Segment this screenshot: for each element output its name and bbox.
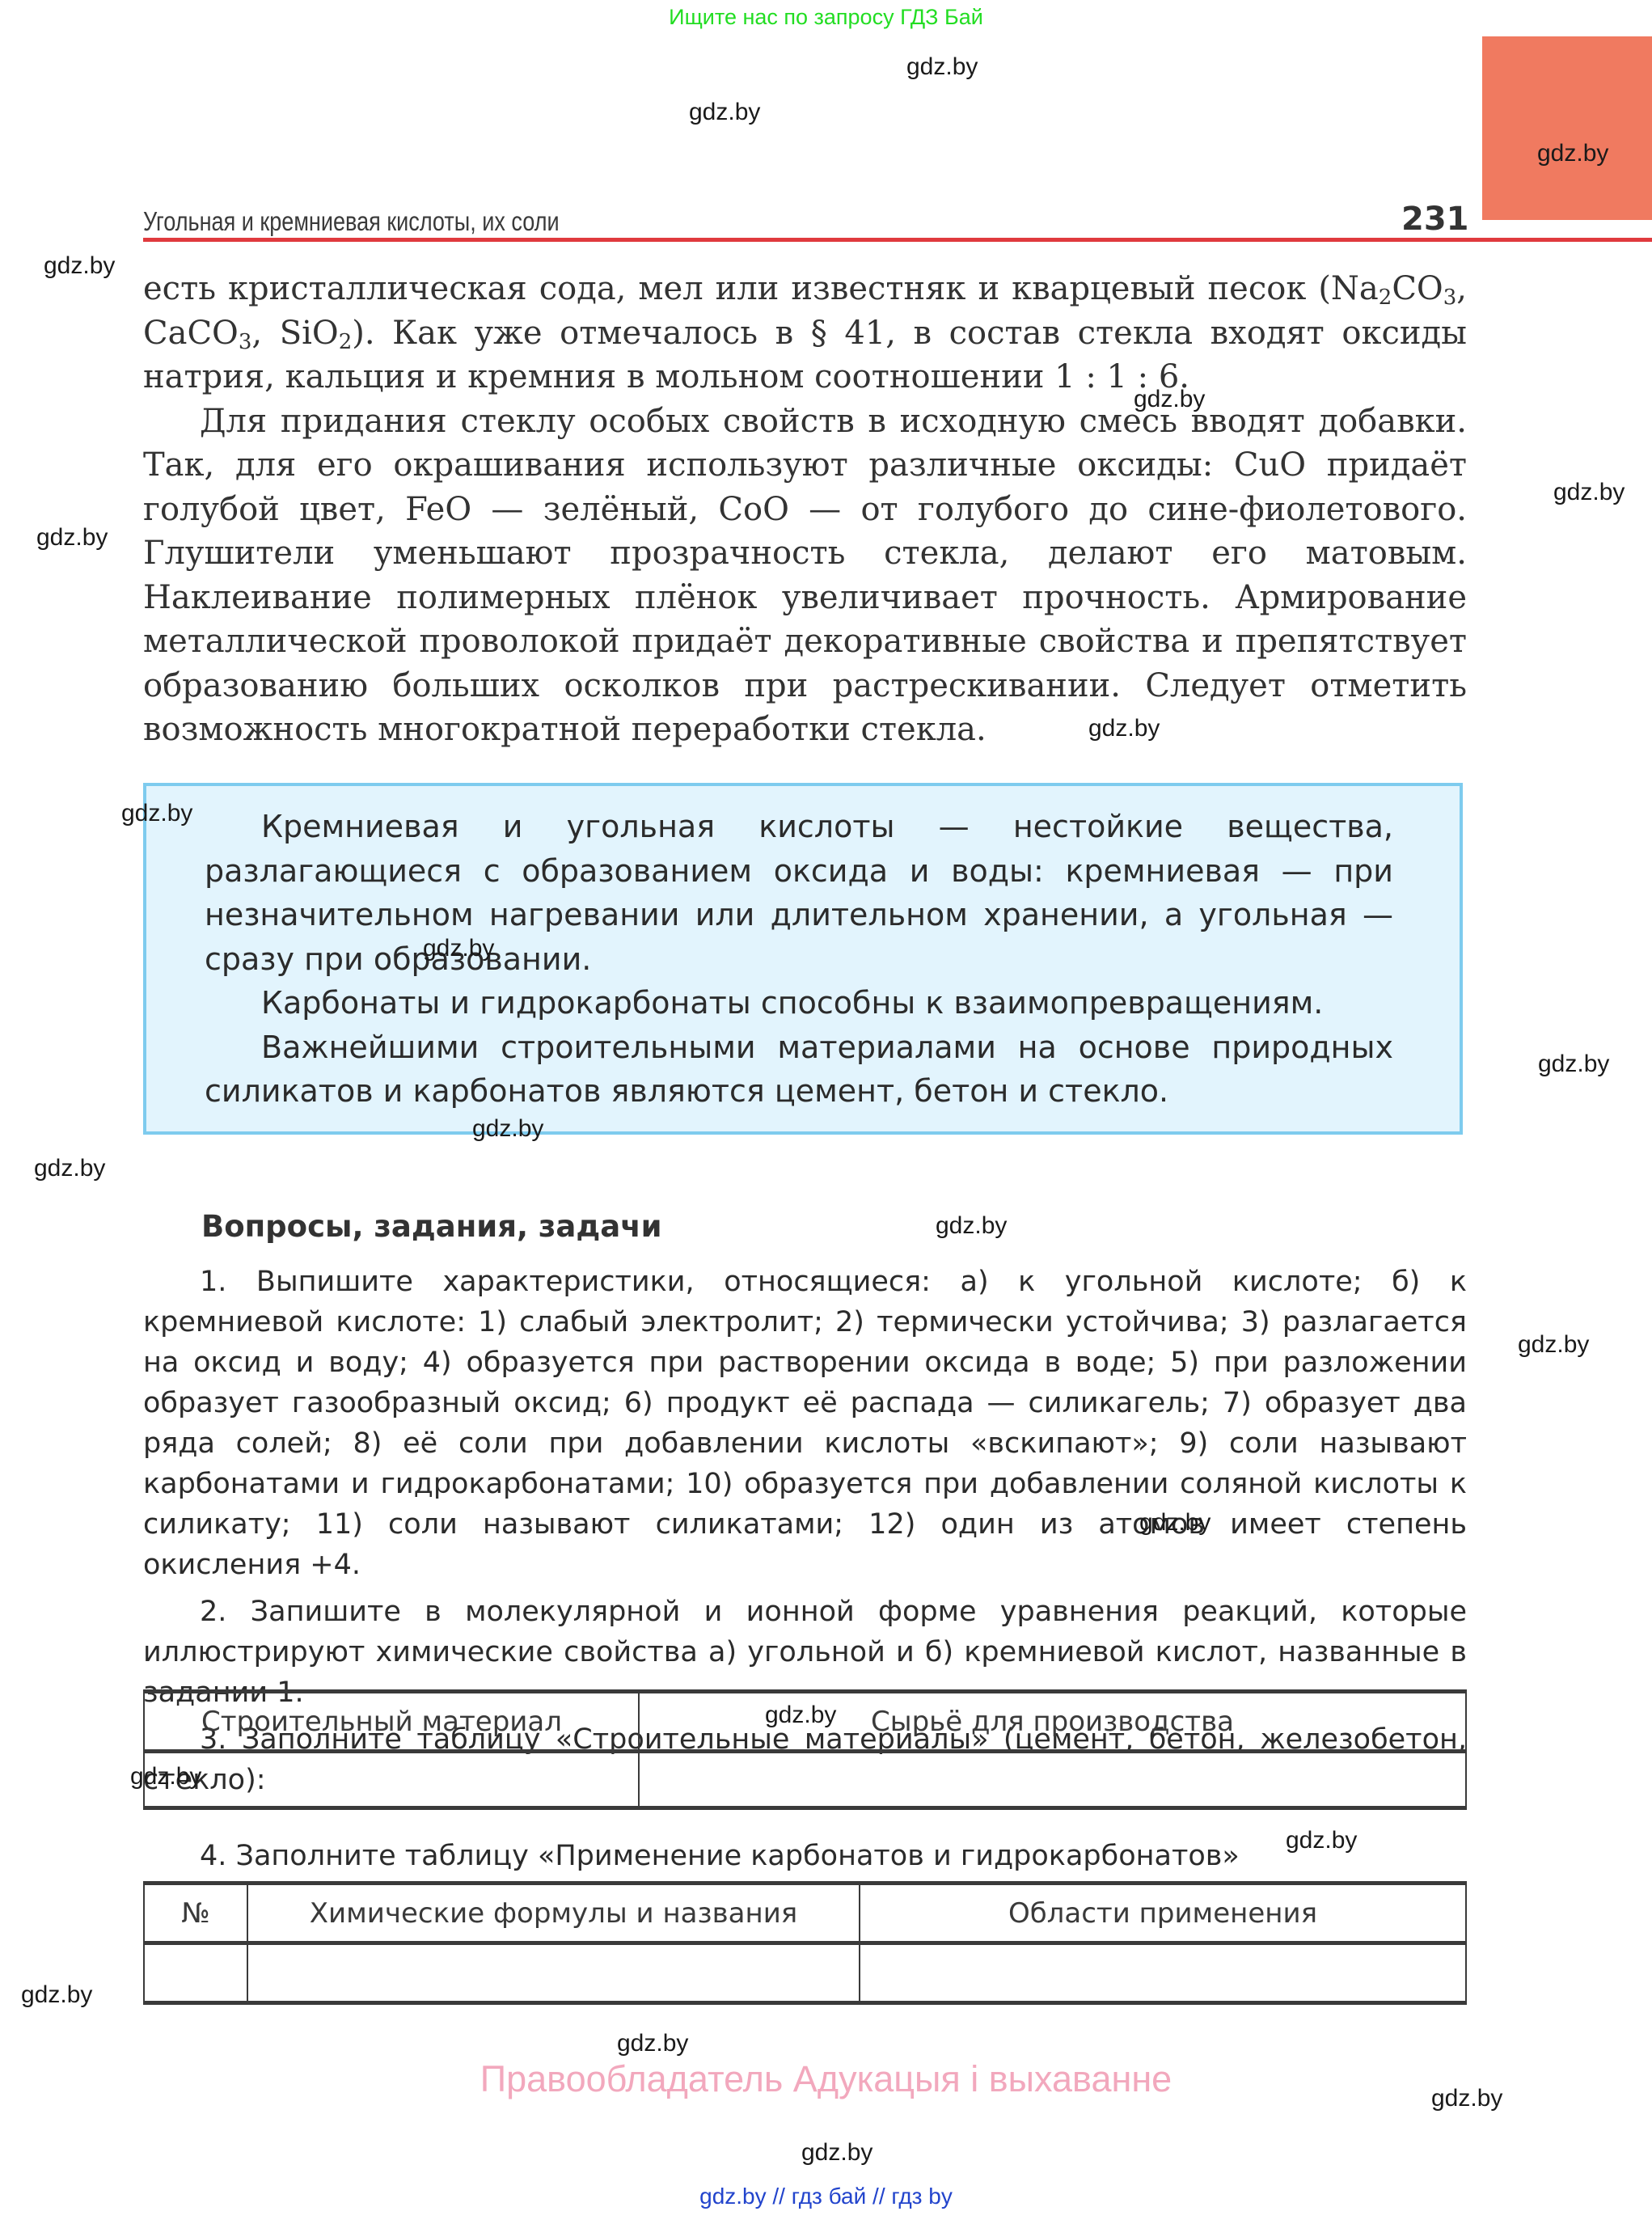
watermark: gdz.by (121, 800, 192, 827)
callout-paragraph: Важнейшими строительными материалами на … (205, 1025, 1393, 1114)
watermark: gdz.by (34, 1155, 105, 1182)
table-cell[interactable] (144, 1943, 247, 2003)
questions-heading: Вопросы, задания, задачи (201, 1209, 662, 1244)
watermark: gdz.by (617, 2030, 688, 2057)
callout-paragraph: Карбонаты и гидрокарбонаты способны к вз… (205, 981, 1393, 1025)
watermark: gdz.by (1431, 2085, 1502, 2112)
watermark: gdz.by (689, 99, 760, 126)
body-paragraph-1: есть кристаллическая сода, мел или извес… (143, 267, 1467, 400)
table-cell[interactable] (860, 1943, 1466, 2003)
table-header-cell: Строительный материал (144, 1692, 639, 1752)
watermark: gdz.by (472, 1115, 543, 1143)
table-cell[interactable] (639, 1752, 1466, 1808)
page-corner-tab (1482, 36, 1652, 220)
table-header-cell: Области применения (860, 1884, 1466, 1943)
summary-callout-text: Кремниевая и угольная кислоты — нестойки… (205, 805, 1393, 1114)
search-banner: Ищите нас по запросу ГДЗ Бай (0, 5, 1652, 30)
watermark: gdz.by (1537, 140, 1608, 167)
watermark: gdz.by (423, 935, 494, 962)
watermark: gdz.by (36, 524, 108, 552)
watermark: gdz.by (936, 1212, 1007, 1240)
watermark: gdz.by (1134, 386, 1205, 413)
watermark: gdz.by (1518, 1331, 1589, 1359)
watermark: gdz.by (801, 2139, 872, 2167)
watermark: gdz.by (1139, 1509, 1210, 1537)
table-cell[interactable] (144, 1752, 639, 1808)
watermark: gdz.by (1286, 1827, 1357, 1854)
header-rule (143, 238, 1652, 242)
watermark: gdz.by (906, 53, 978, 81)
table-row (144, 1752, 1466, 1808)
body-paragraph-2: Для придания стеклу особых свойств в исх… (143, 400, 1467, 752)
watermark: gdz.by (21, 1981, 92, 2009)
body-text: есть кристаллическая сода, мел или извес… (143, 267, 1467, 752)
question-item-4-wrap: 4. Заполните таблицу «Применение карбона… (143, 1836, 1467, 1883)
watermark: gdz.by (130, 1763, 201, 1791)
table-header-cell: № (144, 1884, 247, 1943)
watermark: gdz.by (1088, 715, 1160, 742)
question-item: 1. Выпишите характеристики, относящиеся:… (143, 1262, 1467, 1585)
watermark: gdz.by (1538, 1051, 1609, 1078)
table-header-cell: Сырьё для производства (639, 1692, 1466, 1752)
watermark: gdz.by (1553, 479, 1625, 506)
running-header-title: Угольная и кремниевая кислоты, их соли (143, 206, 560, 237)
copyright-holder-note: Правообладатель Адукацыя і выхаванне (0, 2058, 1652, 2100)
table-cell[interactable] (247, 1943, 860, 2003)
footer-links[interactable]: gdz.by // гдз бай // гдз by (0, 2184, 1652, 2209)
watermark: gdz.by (765, 1702, 836, 1729)
carbonates-usage-table: № Химические формулы и названия Области … (143, 1881, 1467, 2005)
table-row (144, 1943, 1466, 2003)
callout-paragraph: Кремниевая и угольная кислоты — нестойки… (205, 805, 1393, 981)
question-item: 4. Заполните таблицу «Применение карбона… (143, 1836, 1467, 1876)
page-number: 231 (1401, 201, 1469, 238)
watermark: gdz.by (44, 252, 115, 280)
table-header-cell: Химические формулы и названия (247, 1884, 860, 1943)
